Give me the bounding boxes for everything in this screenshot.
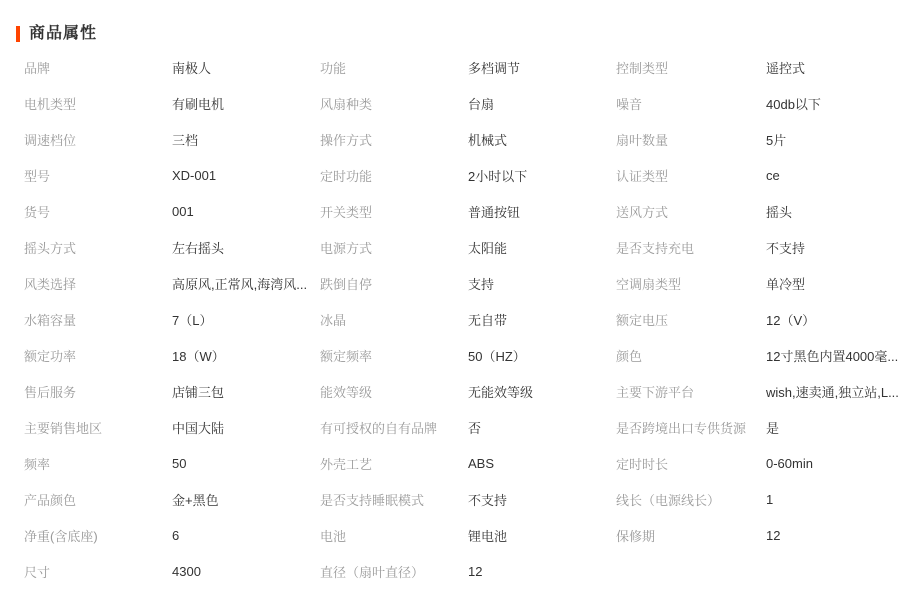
attribute-label: 尺寸 — [24, 562, 172, 581]
attribute-label: 开关类型 — [320, 202, 468, 221]
table-row: 品牌南极人功能多档调节控制类型遥控式 — [24, 49, 909, 85]
attribute-label: 功能 — [320, 58, 468, 77]
attribute-value: ce — [766, 168, 909, 183]
attribute-value: wish,速卖通,独立站,L... — [766, 382, 909, 401]
attribute-value: 台扇 — [468, 94, 616, 113]
attribute-label: 型号 — [24, 166, 172, 185]
attribute-value: 普通按钮 — [468, 202, 616, 221]
attribute-value: 多档调节 — [468, 58, 616, 77]
attribute-label: 电池 — [320, 526, 468, 545]
attribute-value: 4300 — [172, 564, 320, 579]
attribute-label: 额定电压 — [616, 310, 766, 329]
attribute-label: 定时时长 — [616, 454, 766, 473]
table-row: 摇头方式左右摇头电源方式太阳能是否支持充电不支持 — [24, 229, 909, 265]
section-header: 商品属性 — [0, 0, 909, 42]
attribute-value: 三档 — [172, 130, 320, 149]
attribute-value: 2小时以下 — [468, 166, 616, 185]
attribute-label: 售后服务 — [24, 382, 172, 401]
attribute-label: 送风方式 — [616, 202, 766, 221]
attribute-value: 锂电池 — [468, 526, 616, 545]
attribute-value: 5片 — [766, 130, 909, 149]
attribute-label: 品牌 — [24, 58, 172, 77]
attribute-label: 额定功率 — [24, 346, 172, 365]
attribute-label: 直径（扇叶直径） — [320, 562, 468, 581]
table-row: 调速档位三档操作方式机械式扇叶数量5片 — [24, 121, 909, 157]
attribute-value: 摇头 — [766, 202, 909, 221]
attribute-label: 噪音 — [616, 94, 766, 113]
attribute-label: 额定频率 — [320, 346, 468, 365]
table-row: 电机类型有刷电机风扇种类台扇噪音40db以下 — [24, 85, 909, 121]
attribute-value: 店铺三包 — [172, 382, 320, 401]
attribute-value: 0-60min — [766, 456, 909, 471]
attribute-value: 遥控式 — [766, 58, 909, 77]
attribute-label: 水箱容量 — [24, 310, 172, 329]
attribute-label: 货号 — [24, 202, 172, 221]
table-row: 频率50外壳工艺ABS定时时长0-60min — [24, 445, 909, 481]
table-row: 水箱容量7（L）冰晶无自带额定电压12（V） — [24, 301, 909, 337]
attribute-label: 冰晶 — [320, 310, 468, 329]
attribute-label: 调速档位 — [24, 130, 172, 149]
attribute-value: 中国大陆 — [172, 418, 320, 437]
attribute-value: 7（L） — [172, 310, 320, 329]
attribute-value: 否 — [468, 418, 616, 437]
attribute-label: 是否支持充电 — [616, 238, 766, 257]
attribute-value: 1 — [766, 492, 909, 507]
attribute-label: 主要下游平台 — [616, 382, 766, 401]
table-row: 净重(含底座)6电池锂电池保修期12 — [24, 517, 909, 553]
attribute-value: 支持 — [468, 274, 616, 293]
attribute-value: XD-001 — [172, 168, 320, 183]
attribute-label: 跌倒自停 — [320, 274, 468, 293]
table-row: 额定功率18（W）额定频率50（HZ）颜色12寸黑色内置4000毫... — [24, 337, 909, 373]
attribute-label: 频率 — [24, 454, 172, 473]
attribute-value: 12（V） — [766, 310, 909, 329]
attribute-label: 颜色 — [616, 346, 766, 365]
table-row: 产品颜色金+黑色是否支持睡眠模式不支持线长（电源线长）1 — [24, 481, 909, 517]
attribute-label: 控制类型 — [616, 58, 766, 77]
attribute-label: 能效等级 — [320, 382, 468, 401]
attribute-label: 是否支持睡眠模式 — [320, 490, 468, 509]
attribute-label: 保修期 — [616, 526, 766, 545]
table-row: 货号001开关类型普通按钮送风方式摇头 — [24, 193, 909, 229]
product-attributes-page: 商品属性 品牌南极人功能多档调节控制类型遥控式电机类型有刷电机风扇种类台扇噪音4… — [0, 0, 909, 599]
table-row: 售后服务店铺三包能效等级无能效等级主要下游平台wish,速卖通,独立站,L... — [24, 373, 909, 409]
attribute-value: 40db以下 — [766, 94, 909, 113]
table-row: 尺寸4300直径（扇叶直径）12 — [24, 553, 909, 589]
attribute-value: 12 — [468, 564, 616, 579]
attribute-label: 净重(含底座) — [24, 526, 172, 545]
table-row: 风类选择高原风,正常风,海湾风...跌倒自停支持空调扇类型单冷型 — [24, 265, 909, 301]
attribute-label: 是否跨境出口专供货源 — [616, 418, 766, 437]
attribute-value: 12寸黑色内置4000毫... — [766, 346, 909, 365]
attribute-value: 001 — [172, 204, 320, 219]
table-row: 主要销售地区中国大陆有可授权的自有品牌否是否跨境出口专供货源是 — [24, 409, 909, 445]
attribute-label: 主要销售地区 — [24, 418, 172, 437]
attribute-value: 6 — [172, 528, 320, 543]
attribute-value: 高原风,正常风,海湾风... — [172, 274, 320, 293]
attribute-label: 风类选择 — [24, 274, 172, 293]
attribute-value: 太阳能 — [468, 238, 616, 257]
attribute-value: 12 — [766, 528, 909, 543]
attribute-value: 左右摇头 — [172, 238, 320, 257]
attributes-table: 品牌南极人功能多档调节控制类型遥控式电机类型有刷电机风扇种类台扇噪音40db以下… — [0, 49, 909, 589]
attribute-label: 有可授权的自有品牌 — [320, 418, 468, 437]
attribute-value: 50（HZ） — [468, 346, 616, 365]
attribute-value: 18（W） — [172, 346, 320, 365]
attribute-label: 风扇种类 — [320, 94, 468, 113]
attribute-label: 电机类型 — [24, 94, 172, 113]
attribute-label: 操作方式 — [320, 130, 468, 149]
attribute-label: 认证类型 — [616, 166, 766, 185]
attribute-label: 空调扇类型 — [616, 274, 766, 293]
attribute-value: 不支持 — [766, 238, 909, 257]
table-row: 型号XD-001定时功能2小时以下认证类型ce — [24, 157, 909, 193]
attribute-value: 南极人 — [172, 58, 320, 77]
attribute-label: 定时功能 — [320, 166, 468, 185]
attribute-value: ABS — [468, 456, 616, 471]
attribute-value: 无自带 — [468, 310, 616, 329]
attribute-label: 扇叶数量 — [616, 130, 766, 149]
attribute-value: 机械式 — [468, 130, 616, 149]
attribute-label: 电源方式 — [320, 238, 468, 257]
attribute-label: 产品颜色 — [24, 490, 172, 509]
attribute-value: 金+黑色 — [172, 490, 320, 509]
attribute-value: 不支持 — [468, 490, 616, 509]
attribute-value: 有刷电机 — [172, 94, 320, 113]
attribute-label: 外壳工艺 — [320, 454, 468, 473]
attribute-value: 50 — [172, 456, 320, 471]
attribute-value: 是 — [766, 418, 909, 437]
accent-bar-icon — [16, 26, 20, 42]
attribute-value: 单冷型 — [766, 274, 909, 293]
attribute-label: 摇头方式 — [24, 238, 172, 257]
section-title: 商品属性 — [29, 25, 97, 42]
attribute-value: 无能效等级 — [468, 382, 616, 401]
attribute-label: 线长（电源线长） — [616, 490, 766, 509]
